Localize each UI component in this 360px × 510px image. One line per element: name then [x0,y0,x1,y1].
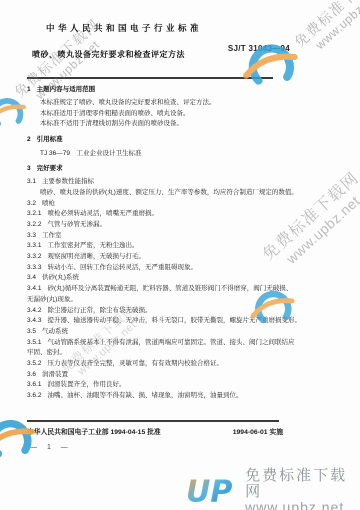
section-heading: 3完好要求 [27,164,342,175]
clause: 3.3.3转动小车、回转工作台运转灵活，无严重阻碍现象。 [27,263,342,274]
clause: 3.5.2压力表等仪表齐全完整，灵敏可靠，有有效期内校验合格证。 [27,359,342,370]
section-text: 主题内容与适用范围 [37,86,96,93]
paragraph-text: 本标准不适用于清理线切割另件表面的喷砂设备。 [40,120,183,127]
clause: 3.6.2油嘴、油杯、油眼等不得有缺、损、堵现象，油窗明亮，油量到位。 [27,391,342,402]
clause-text: 气管与砂管无渗漏。 [47,221,106,228]
clause-text: 工作室密封严密，无粉尘逸出。 [47,242,138,249]
clause: 3.6.1润滑装置齐全，作用良好。 [27,380,342,391]
paragraph-text: 本标准规定了喷砂、喷丸设备的完好要求和检查、评定方法。 [40,99,216,106]
clause-number: 3.6.2 [27,391,41,402]
clause: 3.4.1砂(丸)循环及分离装置畅通无阻，贮料容器、管道及锥形阀门不得磨穿，阀门… [27,284,342,295]
clause-number: 3.6.1 [27,380,41,391]
clause-number: 3.3 [27,231,36,242]
clause: 3.2喷枪 [27,199,342,210]
paragraph: 本标准适用于清理零件粗糙表面的喷砂、喷丸设备。 [27,109,342,120]
clause-text: 转动小车、回转工作台运转灵活，无严重阻碍现象。 [47,264,197,271]
clause-number: 3.4.3 [27,316,41,327]
up-logo-letters: UP [186,475,232,508]
clause-number: 3.1 [27,177,36,188]
paragraph: 喷砂、喷丸设备的供砂(丸)速度、额定压力、生产率等参数，均应符合制造厂规定的数值… [27,188,342,199]
clause-number: 3.4.2 [27,306,41,317]
page: 中华人民共和国电子行业标准 SJ/T 31043—94 喷砂、喷丸设备完好要求和… [0,0,360,510]
standard-code: SJ/T 31043—94 [228,44,290,53]
clause-text: 牢固、密封。 [27,349,66,356]
clause-continuation: 牢固、密封。 [27,348,342,359]
clause-text: 润滑装置 [42,371,68,378]
paragraph-text: 喷砂、喷丸设备的供砂(丸)速度、额定压力、生产率等参数，均应符合制造厂规定的数值… [40,189,298,196]
clause-number: 3.2.2 [27,220,41,231]
clause-text: 润滑装置齐全，作用良好。 [47,381,125,388]
footer-row: 中华人民共和国电子工业部 1994-04-15 批准 1994-06-01 实施 [27,426,283,436]
section-text: 引用标准 [37,136,63,143]
brand-texts: 免费标准下载网 www.upbz.net [245,468,360,510]
paragraph: 本标准不适用于清理线切割另件表面的喷砂设备。 [27,119,342,130]
clause: 3.4.2除尘器运行正常，除尘布袋无破损。 [27,306,342,317]
clause-number: 3.3.2 [27,252,41,263]
clause: 3.5气动系统 [27,327,342,338]
clause-text: 除尘器运行正常，除尘布袋无破损。 [47,307,151,314]
clause-text: 喷枪必须转动灵活，喷嘴无严重磨损。 [47,210,158,217]
referenced-standard: TJ 36—79 工业企业设计卫生标准 [27,149,342,160]
clause: 3.2.1喷枪必须转动灵活，喷嘴无严重磨损。 [27,209,342,220]
section-number: 2 [27,135,31,146]
clause-number: 3.2.1 [27,209,41,220]
standard-type-title: 中华人民共和国电子行业标准 [46,22,360,34]
section-heading: 2引用标准 [27,135,342,146]
brand-site-name: 免费标准下载网 [245,468,360,500]
clause-number: 3.3.3 [27,263,41,274]
paragraph: 本标准规定了喷砂、喷丸设备的完好要求和检查、评定方法。 [27,98,342,109]
clause-number: 3.5 [27,327,36,338]
clause-number: 3.4.1 [27,284,41,295]
approval-note: 中华人民共和国电子工业部 1994-04-15 批准 [27,426,161,436]
section-number: 1 [27,85,31,96]
brand-site-url: www.upbz.net [245,500,360,510]
clause: 3.3.1工作室密封严密，无粉尘逸出。 [27,241,342,252]
clause-text: 喷枪 [42,200,55,207]
clause-number: 3.5.1 [27,338,41,349]
clause-text: 工作室 [42,232,62,239]
section-number: 3 [27,164,31,175]
clause: 3.3工作室 [27,231,342,242]
clause-text: 砂(丸)循环及分离装置畅通无阻，贮料容器、管道及锥形阀门不得磨穿，阀门无破损、 [47,285,292,292]
implementation-note: 1994-06-01 实施 [233,426,283,436]
clause-continuation: 无漏砂(丸)现象。 [27,295,342,306]
document-body: 1主题内容与适用范围 本标准规定了喷砂、喷丸设备的完好要求和检查、评定方法。 本… [0,79,360,402]
clause-number: 3.3.1 [27,241,41,252]
clause: 3.4.3提升器、输送器传动平稳，无冲击，料斗无裂口，胶带无撕裂，螺旋片无严重磨… [27,316,342,327]
clause: 3.4供砂(丸)系统 [27,273,342,284]
page-number: — 1 — [30,444,360,451]
clause: 3.6润滑装置 [27,370,342,381]
paragraph-text: 本标准适用于清理零件粗糙表面的喷砂、喷丸设备。 [40,110,190,117]
clause-text: 油嘴、油杯、油眼等不得有缺、损、堵现象，油窗明亮，油量到位。 [47,392,242,399]
clause-text: 主要参数性能指标 [42,178,94,185]
clause: 3.2.2气管与砂管无渗漏。 [27,220,342,231]
clause-text: 气动系统 [42,328,68,335]
clause-text: 供砂(丸)系统 [42,274,79,281]
clause: 3.3.2观察窗明亮清晰，无破损与打毛。 [27,252,342,263]
clause-text: 观察窗明亮清晰，无破损与打毛。 [47,253,145,260]
clause-number: 3.6 [27,370,36,381]
document-footer: 中华人民共和国电子工业部 1994-04-15 批准 1994-06-01 实施… [0,420,360,451]
clause: 3.5.1气动管路系统基本上不得有泄漏，管道两端应可靠固定。管道、接头、阀门之间… [27,338,342,349]
section-text: 完好要求 [37,165,63,172]
clause-text: 无漏砂(丸)现象。 [27,296,77,303]
document-title: 喷砂、喷丸设备完好要求和检查评定方法 [32,49,360,60]
clause-text: 提升器、输送器传动平稳，无冲击，料斗无裂口，胶带无撕裂，螺旋片无严重磨损变形。 [47,317,301,324]
watermark-bottom-right-logo: UP 免费标准下载网 www.upbz.net [186,468,360,510]
paragraph-text: TJ 36—79 工业企业设计卫生标准 [40,150,142,157]
clause-text: 压力表等仪表齐全完整，灵敏可靠，有有效期内校验合格证。 [47,360,223,367]
clause-number: 3.2 [27,199,36,210]
clause-number: 3.4 [27,273,36,284]
section-heading: 1主题内容与适用范围 [27,85,342,96]
clause: 3.1主要参数性能指标 [27,177,342,188]
up-logo-icon: UP [186,474,240,508]
document-header: 中华人民共和国电子行业标准 SJ/T 31043—94 喷砂、喷丸设备完好要求和… [0,0,360,79]
footer-rule [27,420,279,422]
clause-text: 气动管路系统基本上不得有泄漏，管道两端应可靠固定。管道、接头、阀门之间联结应 [47,339,294,346]
clause-number: 3.5.2 [27,359,41,370]
